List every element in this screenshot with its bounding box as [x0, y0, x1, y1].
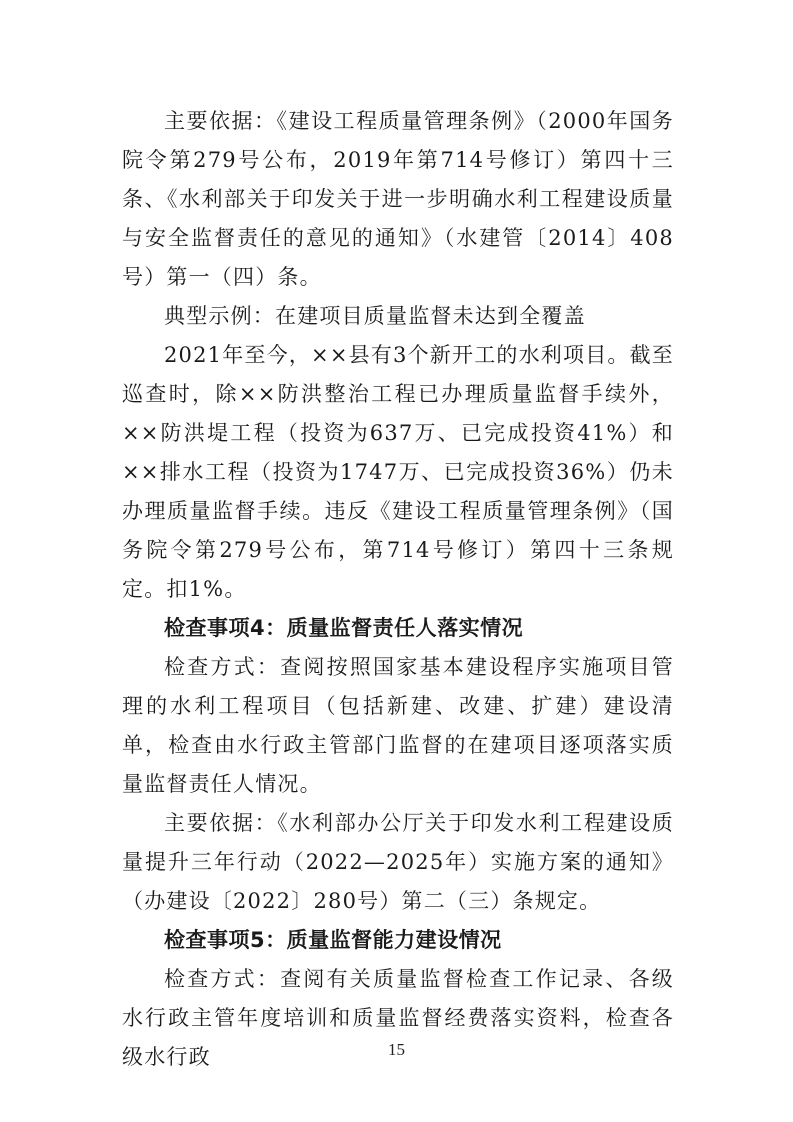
check-method-4-paragraph: 检查方式：查阅按照国家基本建设程序实施项目管理的水利工程项目（包括新建、改建、扩…: [122, 648, 674, 804]
main-basis-paragraph: 主要依据：《建设工程质量管理条例》（2000年国务院令第279号公布，2019年…: [122, 102, 674, 297]
typical-example-title: 典型示例：在建项目质量监督未达到全覆盖: [122, 297, 674, 336]
main-basis-4-paragraph: 主要依据：《水利部办公厅关于印发水利工程建设质量提升三年行动（2022—2025…: [122, 804, 674, 921]
example-paragraph: 2021年至今，××县有3个新开工的水利项目。截至巡查时，除××防洪整治工程已办…: [122, 336, 674, 609]
check-item-4-heading: 检查事项4：质量监督责任人落实情况: [122, 609, 674, 648]
document-body: 主要依据：《建设工程质量管理条例》（2000年国务院令第279号公布，2019年…: [122, 102, 674, 1077]
check-item-5-heading: 检查事项5：质量监督能力建设情况: [122, 921, 674, 960]
document-page: 主要依据：《建设工程质量管理条例》（2000年国务院令第279号公布，2019年…: [0, 0, 793, 1122]
page-number: 15: [0, 1040, 793, 1060]
